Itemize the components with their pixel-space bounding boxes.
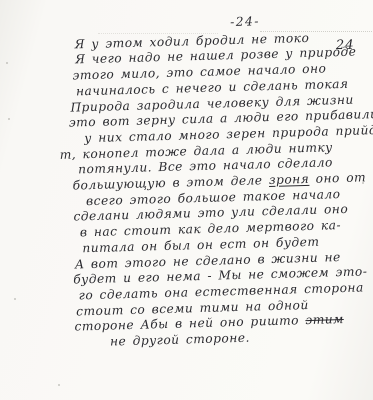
scan-speck <box>6 62 8 64</box>
underlined-word: зроня <box>269 172 310 187</box>
scan-speck <box>58 384 60 386</box>
struck-word: этим <box>305 312 344 327</box>
header-page-number: -24- <box>230 11 369 31</box>
line-text: оно от <box>315 170 366 185</box>
scan-speck <box>8 118 10 120</box>
scan-speck <box>14 298 16 300</box>
manuscript-text: -24- Я у этом ходил бродил не токо Я чег… <box>54 11 373 351</box>
manuscript-scan-page: 24 -24- Я у этом ходил бродил не токо Я … <box>0 0 373 400</box>
